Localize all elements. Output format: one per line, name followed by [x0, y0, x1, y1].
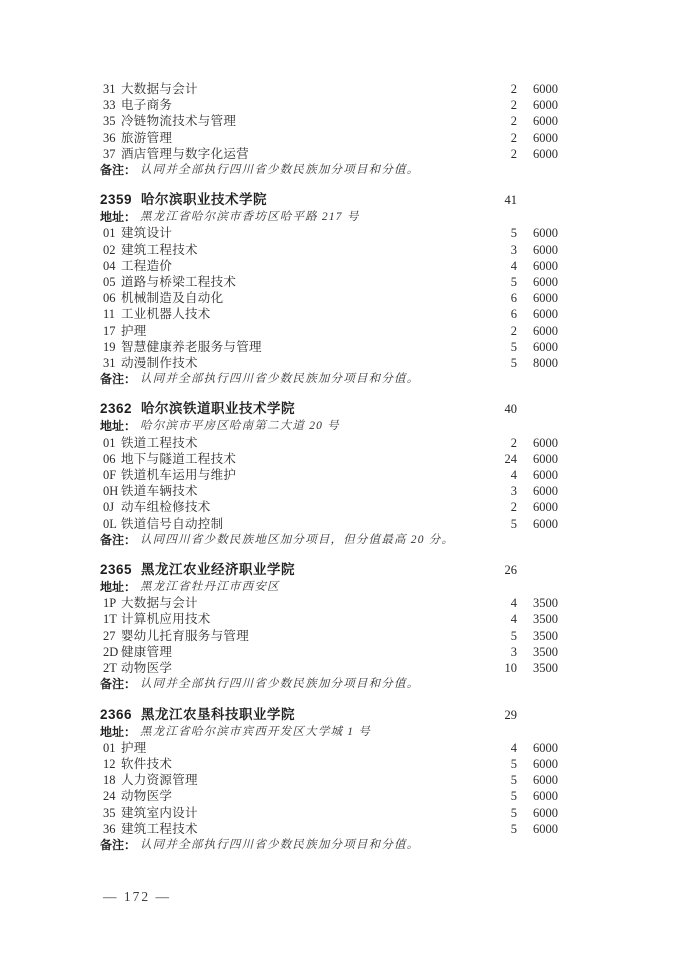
major-row: 35建筑室内设计56000: [100, 805, 558, 821]
college-header: 2359哈尔滨职业技术学院41: [100, 191, 558, 209]
major-row: 05道路与桥梁工程技术56000: [100, 274, 558, 290]
major-row: 36建筑工程技术56000: [100, 821, 558, 837]
major-name: 建筑工程技术: [121, 242, 477, 258]
major-quota: 2: [477, 146, 517, 162]
major-code: 06: [103, 451, 118, 467]
note-text: 认同四川省少数民族地区加分项目，但分值最高 20 分。: [140, 532, 454, 548]
college-name: 哈尔滨铁道职业技术学院: [141, 400, 477, 418]
note-label: 备注：: [100, 676, 136, 692]
major-quota: 5: [477, 339, 517, 355]
major-row: 37酒店管理与数字化运营26000: [100, 146, 558, 162]
major-row: 24动物医学56000: [100, 788, 558, 804]
document-page: 31大数据与会计2600033电子商务2600035冷链物流技术与管理26000…: [0, 0, 680, 961]
major-quota: 4: [477, 595, 517, 611]
major-quota: 4: [477, 740, 517, 756]
major-fee: 6000: [517, 81, 558, 97]
major-fee: 6000: [517, 821, 558, 837]
major-name: 智慧健康养老服务与管理: [121, 339, 477, 355]
college-section-continued: 31大数据与会计2600033电子商务2600035冷链物流技术与管理26000…: [100, 81, 558, 178]
major-name: 铁道工程技术: [121, 435, 477, 451]
note-text: 认同并全部执行四川省少数民族加分项目和分值。: [140, 371, 419, 387]
note-label: 备注：: [100, 532, 136, 548]
major-fee: 6000: [517, 740, 558, 756]
major-fee: 6000: [517, 258, 558, 274]
major-row: 17护理26000: [100, 323, 558, 339]
major-quota: 2: [477, 130, 517, 146]
major-quota: 5: [477, 225, 517, 241]
major-code: 0H: [103, 483, 118, 499]
major-row: 35冷链物流技术与管理26000: [100, 113, 558, 129]
note-text: 认同并全部执行四川省少数民族加分项目和分值。: [140, 162, 419, 178]
address-label: 地址：: [100, 209, 136, 225]
major-name: 动物医学: [121, 788, 477, 804]
major-row: 36旅游管理26000: [100, 130, 558, 146]
major-quota: 5: [477, 355, 517, 371]
major-row: 2D健康管理33500: [100, 644, 558, 660]
major-name: 机械制造及自动化: [121, 290, 477, 306]
major-code: 0J: [103, 499, 118, 515]
major-quota: 3: [477, 242, 517, 258]
major-quota: 2: [477, 323, 517, 339]
address-row: 地址：黑龙江省哈尔滨市香坊区哈平路 217 号: [100, 209, 558, 225]
major-name: 健康管理: [121, 644, 477, 660]
major-fee: 6000: [517, 788, 558, 804]
college-total-count: 41: [477, 191, 517, 209]
major-name: 铁道车辆技术: [121, 483, 477, 499]
address-label: 地址：: [100, 418, 136, 434]
major-fee: 6000: [517, 146, 558, 162]
major-fee: 6000: [517, 756, 558, 772]
address-row: 地址：黑龙江省牡丹江市西安区: [100, 579, 558, 595]
note-row: 备注：认同并全部执行四川省少数民族加分项目和分值。: [100, 162, 558, 178]
major-row: 1T计算机应用技术43500: [100, 611, 558, 627]
major-code: 0F: [103, 467, 118, 483]
major-fee: 6000: [517, 323, 558, 339]
page-number: — 172 —: [103, 889, 171, 905]
major-code: 11: [103, 306, 118, 322]
major-code: 2T: [103, 660, 118, 676]
major-quota: 3: [477, 644, 517, 660]
major-code: 37: [103, 146, 118, 162]
major-name: 计算机应用技术: [121, 611, 477, 627]
major-row: 31大数据与会计26000: [100, 81, 558, 97]
college-code: 2365: [100, 561, 132, 579]
major-quota: 5: [477, 772, 517, 788]
major-row: 19智慧健康养老服务与管理56000: [100, 339, 558, 355]
major-name: 旅游管理: [121, 130, 477, 146]
major-code: 35: [103, 805, 118, 821]
major-quota: 5: [477, 516, 517, 532]
major-row: 12软件技术56000: [100, 756, 558, 772]
major-code: 36: [103, 821, 118, 837]
address-label: 地址：: [100, 579, 136, 595]
address-text: 黑龙江省牡丹江市西安区: [140, 579, 280, 595]
major-code: 27: [103, 628, 118, 644]
major-code: 0L: [103, 516, 118, 532]
major-name: 护理: [121, 323, 477, 339]
major-name: 动物医学: [121, 660, 477, 676]
major-code: 35: [103, 113, 118, 129]
major-quota: 3: [477, 483, 517, 499]
major-fee: 6000: [517, 274, 558, 290]
major-row: 0L铁道信号自动控制56000: [100, 516, 558, 532]
major-fee: 3500: [517, 644, 558, 660]
major-code: 18: [103, 772, 118, 788]
major-fee: 6000: [517, 290, 558, 306]
major-fee: 3500: [517, 595, 558, 611]
major-quota: 5: [477, 756, 517, 772]
major-quota: 4: [477, 611, 517, 627]
admissions-plan-list: 31大数据与会计2600033电子商务2600035冷链物流技术与管理26000…: [100, 81, 558, 853]
address-label: 地址：: [100, 724, 136, 740]
major-name: 电子商务: [121, 97, 477, 113]
major-name: 冷链物流技术与管理: [121, 113, 477, 129]
major-row: 11工业机器人技术66000: [100, 306, 558, 322]
college-code: 2359: [100, 191, 132, 209]
note-label: 备注：: [100, 837, 136, 853]
address-row: 地址：黑龙江省哈尔滨市宾西开发区大学城 1 号: [100, 724, 558, 740]
college-header: 2362哈尔滨铁道职业技术学院40: [100, 400, 558, 418]
major-code: 31: [103, 81, 118, 97]
major-row: 31动漫制作技术58000: [100, 355, 558, 371]
major-name: 地下与隧道工程技术: [121, 451, 477, 467]
major-quota: 2: [477, 81, 517, 97]
major-code: 1P: [103, 595, 118, 611]
note-row: 备注：认同并全部执行四川省少数民族加分项目和分值。: [100, 837, 558, 853]
major-quota: 5: [477, 788, 517, 804]
major-row: 02建筑工程技术36000: [100, 242, 558, 258]
major-quota: 2: [477, 499, 517, 515]
major-fee: 8000: [517, 355, 558, 371]
major-quota: 5: [477, 805, 517, 821]
major-quota: 4: [477, 467, 517, 483]
major-fee: 6000: [517, 130, 558, 146]
major-code: 24: [103, 788, 118, 804]
college-name: 哈尔滨职业技术学院: [141, 191, 477, 209]
major-name: 铁道机车运用与维护: [121, 467, 477, 483]
college-section: 2365黑龙江农业经济职业学院26地址：黑龙江省牡丹江市西安区1P大数据与会计4…: [100, 561, 558, 692]
major-code: 2D: [103, 644, 118, 660]
college-code: 2366: [100, 706, 132, 724]
major-quota: 2: [477, 97, 517, 113]
address-text: 哈尔滨市平房区哈南第二大道 20 号: [140, 418, 340, 434]
major-fee: 6000: [517, 467, 558, 483]
note-row: 备注：认同四川省少数民族地区加分项目，但分值最高 20 分。: [100, 532, 558, 548]
note-row: 备注：认同并全部执行四川省少数民族加分项目和分值。: [100, 676, 558, 692]
major-quota: 6: [477, 290, 517, 306]
college-section: 2362哈尔滨铁道职业技术学院40地址：哈尔滨市平房区哈南第二大道 20 号01…: [100, 400, 558, 548]
major-name: 人力资源管理: [121, 772, 477, 788]
major-quota: 10: [477, 660, 517, 676]
major-fee: 6000: [517, 772, 558, 788]
major-fee: 3500: [517, 611, 558, 627]
major-fee: 6000: [517, 483, 558, 499]
major-row: 06地下与隧道工程技术246000: [100, 451, 558, 467]
major-name: 道路与桥梁工程技术: [121, 274, 477, 290]
major-fee: 6000: [517, 242, 558, 258]
major-row: 2T动物医学103500: [100, 660, 558, 676]
major-fee: 3500: [517, 628, 558, 644]
major-code: 36: [103, 130, 118, 146]
college-name: 黑龙江农垦科技职业学院: [141, 706, 477, 724]
major-name: 护理: [121, 740, 477, 756]
major-code: 01: [103, 740, 118, 756]
major-name: 工程造价: [121, 258, 477, 274]
major-row: 27婴幼儿托育服务与管理53500: [100, 628, 558, 644]
major-code: 05: [103, 274, 118, 290]
major-fee: 6000: [517, 306, 558, 322]
major-code: 01: [103, 225, 118, 241]
note-text: 认同并全部执行四川省少数民族加分项目和分值。: [140, 837, 419, 853]
major-fee: 6000: [517, 516, 558, 532]
note-label: 备注：: [100, 162, 136, 178]
college-total-count: 29: [477, 706, 517, 724]
major-name: 大数据与会计: [121, 595, 477, 611]
major-fee: 6000: [517, 339, 558, 355]
address-row: 地址：哈尔滨市平房区哈南第二大道 20 号: [100, 418, 558, 434]
major-quota: 4: [477, 258, 517, 274]
major-quota: 5: [477, 274, 517, 290]
major-code: 19: [103, 339, 118, 355]
major-row: 18人力资源管理56000: [100, 772, 558, 788]
major-name: 酒店管理与数字化运营: [121, 146, 477, 162]
major-code: 12: [103, 756, 118, 772]
college-header: 2366黑龙江农垦科技职业学院29: [100, 706, 558, 724]
major-code: 17: [103, 323, 118, 339]
college-total-count: 26: [477, 561, 517, 579]
major-row: 33电子商务26000: [100, 97, 558, 113]
major-name: 建筑室内设计: [121, 805, 477, 821]
college-name: 黑龙江农业经济职业学院: [141, 561, 477, 579]
major-row: 1P大数据与会计43500: [100, 595, 558, 611]
college-header: 2365黑龙江农业经济职业学院26: [100, 561, 558, 579]
major-row: 06机械制造及自动化66000: [100, 290, 558, 306]
major-row: 01护理46000: [100, 740, 558, 756]
major-code: 04: [103, 258, 118, 274]
college-section: 2366黑龙江农垦科技职业学院29地址：黑龙江省哈尔滨市宾西开发区大学城 1 号…: [100, 706, 558, 854]
major-row: 01铁道工程技术26000: [100, 435, 558, 451]
note-text: 认同并全部执行四川省少数民族加分项目和分值。: [140, 676, 419, 692]
major-row: 0F铁道机车运用与维护46000: [100, 467, 558, 483]
college-code: 2362: [100, 400, 132, 418]
major-code: 1T: [103, 611, 118, 627]
major-name: 动漫制作技术: [121, 355, 477, 371]
major-name: 动车组检修技术: [121, 499, 477, 515]
major-row: 0J动车组检修技术26000: [100, 499, 558, 515]
address-text: 黑龙江省哈尔滨市香坊区哈平路 217 号: [140, 209, 360, 225]
note-label: 备注：: [100, 371, 136, 387]
address-text: 黑龙江省哈尔滨市宾西开发区大学城 1 号: [140, 724, 371, 740]
major-name: 建筑设计: [121, 225, 477, 241]
major-code: 01: [103, 435, 118, 451]
major-quota: 5: [477, 628, 517, 644]
major-row: 0H铁道车辆技术36000: [100, 483, 558, 499]
major-code: 33: [103, 97, 118, 113]
major-quota: 5: [477, 821, 517, 837]
major-fee: 6000: [517, 225, 558, 241]
major-name: 大数据与会计: [121, 81, 477, 97]
major-name: 建筑工程技术: [121, 821, 477, 837]
major-quota: 2: [477, 113, 517, 129]
major-fee: 6000: [517, 435, 558, 451]
college-total-count: 40: [477, 400, 517, 418]
major-fee: 6000: [517, 97, 558, 113]
major-name: 软件技术: [121, 756, 477, 772]
major-fee: 6000: [517, 805, 558, 821]
college-section: 2359哈尔滨职业技术学院41地址：黑龙江省哈尔滨市香坊区哈平路 217 号01…: [100, 191, 558, 387]
major-fee: 6000: [517, 499, 558, 515]
major-name: 婴幼儿托育服务与管理: [121, 628, 477, 644]
major-quota: 2: [477, 435, 517, 451]
major-code: 02: [103, 242, 118, 258]
major-name: 工业机器人技术: [121, 306, 477, 322]
major-fee: 6000: [517, 113, 558, 129]
note-row: 备注：认同并全部执行四川省少数民族加分项目和分值。: [100, 371, 558, 387]
major-code: 31: [103, 355, 118, 371]
major-fee: 6000: [517, 451, 558, 467]
major-quota: 6: [477, 306, 517, 322]
major-code: 06: [103, 290, 118, 306]
major-row: 01建筑设计56000: [100, 225, 558, 241]
major-quota: 24: [477, 451, 517, 467]
major-row: 04工程造价46000: [100, 258, 558, 274]
major-fee: 3500: [517, 660, 558, 676]
major-name: 铁道信号自动控制: [121, 516, 477, 532]
